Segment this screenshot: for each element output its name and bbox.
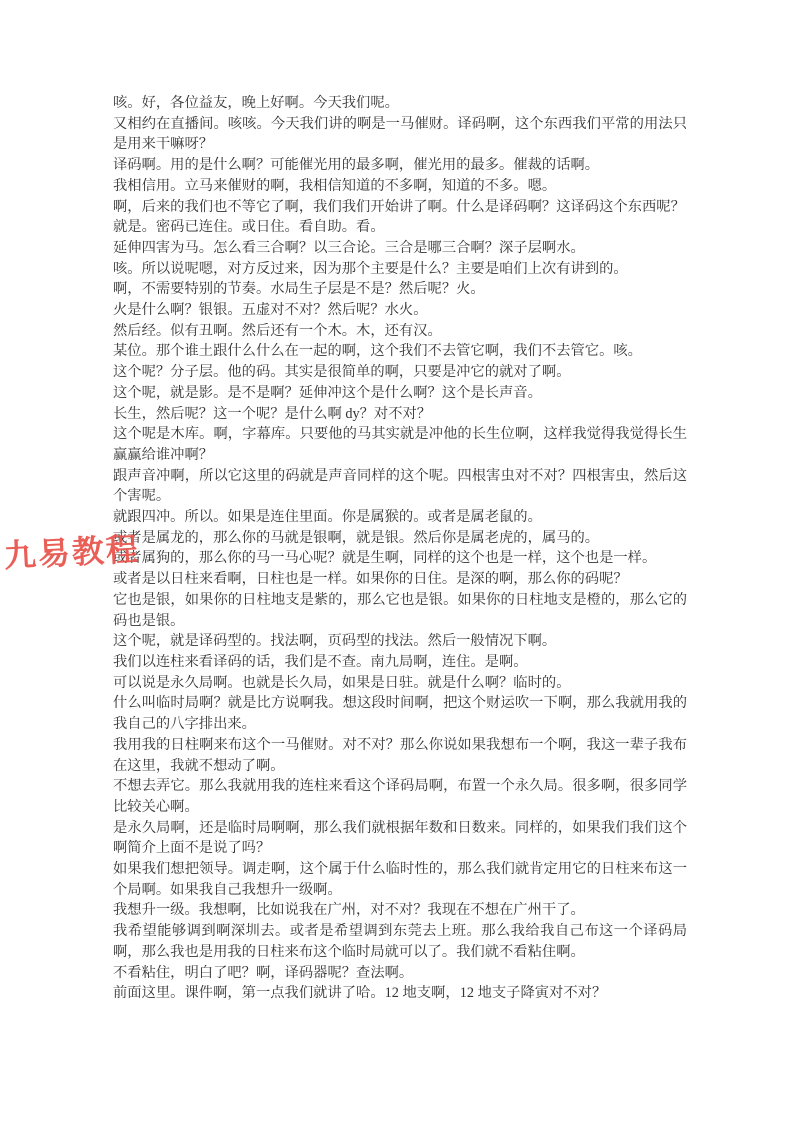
paragraph: 我相信用。立马来催财的啊，我相信知道的不多啊，知道的不多。嗯。 bbox=[113, 176, 687, 197]
paragraph: 译码啊。用的是什么啊？可能催光用的最多啊，催光用的最多。催裁的话啊。 bbox=[113, 155, 687, 176]
paragraph: 这个呢？分子层。他的码。其实是很简单的啊，只要是冲它的就对了啊。 bbox=[113, 362, 687, 383]
watermark: 九易教程 bbox=[3, 533, 141, 572]
paragraph: 跟声音冲啊，所以它这里的码就是声音同样的这个呢。四根害虫对不对？四根害虫，然后这… bbox=[113, 466, 687, 507]
paragraph: 可以说是永久局啊。也就是长久局，如果是日驻。就是什么啊？临时的。 bbox=[113, 673, 687, 694]
paragraph: 长生，然后呢？这一个呢？是什么啊 dy？对不对？ bbox=[113, 404, 687, 425]
paragraph: 如果我们想把领导。调走啊，这个属于什么临时性的，那么我们就肯定用它的日柱来布这一… bbox=[113, 859, 687, 900]
paragraph: 这个呢是木库。啊，字幕库。只要他的马其实就是冲他的长生位啊，这样我觉得我觉得长生… bbox=[113, 424, 687, 465]
paragraph: 是永久局啊，还是临时局啊啊，那么我们就根据年数和日数来。同样的，如果我们我们这个… bbox=[113, 818, 687, 859]
paragraph: 这个呢，就是影。是不是啊？延伸冲这个是什么啊？这个是长声音。 bbox=[113, 383, 687, 404]
document-page: 咳。好，各位益友，晚上好啊。今天我们呢。又相约在直播间。咳咳。今天我们讲的啊是一… bbox=[0, 0, 793, 1123]
paragraph: 我想升一级。我想啊，比如说我在广州，对不对？我现在不想在广州干了。 bbox=[113, 900, 687, 921]
paragraph: 咳。好，各位益友，晚上好啊。今天我们呢。 bbox=[113, 93, 687, 114]
paragraph: 前面这里。课件啊，第一点我们就讲了哈。12 地支啊，12 地支子降寅对不对？ bbox=[113, 983, 687, 1004]
paragraph: 或者是属龙的，那么你的马就是银啊，就是银。然后你是属老虎的，属马的。 bbox=[113, 528, 687, 549]
paragraph: 它也是银，如果你的日柱地支是紫的，那么它也是银。如果你的日柱地支是橙的，那么它的… bbox=[113, 590, 687, 631]
paragraph: 然后经。似有丑啊。然后还有一个木。木，还有汉。 bbox=[113, 321, 687, 342]
paragraph: 或者是以日柱来看啊，日柱也是一样。如果你的日住。是深的啊，那么你的码呢？ bbox=[113, 569, 687, 590]
paragraph: 某位。那个谁土跟什么什么在一起的啊，这个我们不去管它啊，我们不去管它。咳。 bbox=[113, 341, 687, 362]
document-text: 咳。好，各位益友，晚上好啊。今天我们呢。又相约在直播间。咳咳。今天我们讲的啊是一… bbox=[113, 93, 687, 1004]
paragraph: 我们以连柱来看译码的话，我们是不查。南九局啊，连住。是啊。 bbox=[113, 652, 687, 673]
paragraph: 咳。所以说呢嗯，对方反过来，因为那个主要是什么？主要是咱们上次有讲到的。 bbox=[113, 259, 687, 280]
paragraph: 这个呢，就是译码型的。找法啊，页码型的找法。然后一般情况下啊。 bbox=[113, 631, 687, 652]
paragraph: 我希望能够调到啊深圳去。或者是希望调到东莞去上班。那么我给我自己布这一个译码局啊… bbox=[113, 921, 687, 962]
paragraph: 火是什么啊？银银。五虚对不对？然后呢？水火。 bbox=[113, 300, 687, 321]
paragraph: 啊，不需要特别的节奏。水局生子层是不是？然后呢？火。 bbox=[113, 279, 687, 300]
paragraph: 或者属狗的，那么你的马一马心呢？就是生啊，同样的这个也是一样，这个也是一样。 bbox=[113, 548, 687, 569]
paragraph: 不看粘住，明白了吧？啊，译码器呢？查法啊。 bbox=[113, 963, 687, 984]
paragraph: 就跟四冲。所以。如果是连住里面。你是属猴的。或者是属老鼠的。 bbox=[113, 507, 687, 528]
paragraph: 啊，后来的我们也不等它了啊，我们我们开始讲了啊。什么是译码啊？这译码这个东西呢？ bbox=[113, 197, 687, 218]
paragraph: 什么叫临时局啊？就是比方说啊我。想这段时间啊，把这个财运吹一下啊，那么我就用我的… bbox=[113, 693, 687, 734]
paragraph: 又相约在直播间。咳咳。今天我们讲的啊是一马催财。译码啊，这个东西我们平常的用法只… bbox=[113, 114, 687, 155]
paragraph: 不想去弄它。那么我就用我的连柱来看这个译码局啊，布置一个永久局。很多啊，很多同学… bbox=[113, 776, 687, 817]
paragraph: 延伸四害为马。怎么看三合啊？以三合论。三合是哪三合啊？深子层啊水。 bbox=[113, 238, 687, 259]
paragraph: 我用我的日柱啊来布这个一马催财。对不对？那么你说如果我想布一个啊，我这一辈子我布… bbox=[113, 735, 687, 776]
paragraph: 就是。密码已连住。或日住。看自助。看。 bbox=[113, 217, 687, 238]
